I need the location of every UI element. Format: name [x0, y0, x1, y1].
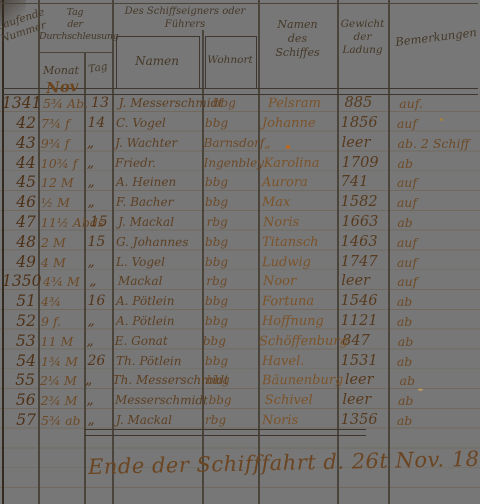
- cell-uhrzeit: 4 M: [36, 254, 84, 271]
- cell-laufende-nummer: 56: [2, 391, 36, 409]
- cell-bemerkung: auf: [389, 174, 480, 191]
- cell-schiffer-name: Th. Pötlein: [114, 352, 201, 369]
- cell-schiffer-name: E. Gonat: [113, 333, 199, 350]
- cell-bemerkung: ab: [390, 155, 480, 172]
- cell-schiffer-name: Mackal: [116, 273, 203, 290]
- cell-bemerkung: auf: [389, 254, 480, 271]
- table-row: 55 2¼ M „ Th. Messerschmidt bbg Bäunenbu…: [2, 370, 480, 390]
- table-row: 43 9¾ f „ J. Wachter Barnsdorf „ leer ab…: [2, 132, 480, 152]
- cell-bemerkung: auf.: [391, 95, 480, 112]
- cell-wohnort: bbg: [201, 254, 258, 271]
- cell-wohnort: bbg: [199, 333, 255, 350]
- table-row: 1341 5¾ Ab. 13 J. Messerschmidt bbg Pels…: [2, 93, 480, 113]
- cell-laufende-nummer: 53: [2, 332, 36, 350]
- cell-tag: „: [85, 412, 114, 429]
- monat-tag-split-line: [38, 52, 112, 53]
- cell-schiffer-name: A. Pötlein: [114, 313, 201, 330]
- table-row: 49 4 M „ L. Vogel bbg Ludwig 1747 auf: [2, 251, 480, 271]
- cell-schiffsname: Bäunenburg: [258, 372, 341, 390]
- cell-wohnort: bbg: [201, 353, 258, 370]
- cell-laufende-nummer: 45: [2, 173, 36, 191]
- cell-gewicht: 885: [341, 95, 392, 112]
- cell-schiffsname: Noor: [259, 273, 337, 290]
- cell-wohnort: bbg: [201, 293, 258, 310]
- cell-bemerkung: ab: [389, 353, 480, 370]
- header-top-line: [2, 3, 478, 4]
- cell-uhrzeit: 2¾ M: [36, 392, 84, 409]
- cell-tag: 16: [85, 293, 114, 310]
- cell-bemerkung: ab: [390, 333, 480, 350]
- cell-bemerkung: ab: [390, 392, 480, 409]
- header-namen: Namen: [118, 54, 196, 69]
- cell-laufende-nummer: 57: [2, 411, 36, 429]
- cell-tag: „: [86, 273, 115, 290]
- cell-laufende-nummer: 1341: [2, 94, 38, 112]
- cell-uhrzeit: 9¾ f: [36, 135, 84, 152]
- cell-gewicht: 741: [337, 174, 389, 191]
- cell-gewicht: 1856: [337, 115, 389, 132]
- cell-tag: 15: [87, 214, 116, 231]
- cell-tag: „: [84, 155, 113, 172]
- cell-schiffer-name: F. Bacher: [114, 194, 201, 211]
- cell-laufende-nummer: 51: [2, 292, 36, 310]
- table-row: 48 2 M 15 G. Johannes bbg Titansch 1463 …: [2, 231, 480, 251]
- cell-wohnort: rbg: [203, 214, 260, 231]
- closing-note: Ende der Schifffahrt d. 26t Nov. 1856.: [88, 447, 468, 479]
- cell-schiffer-name: Friedr.: [113, 154, 199, 171]
- cell-bemerkung: auf: [389, 115, 480, 132]
- cell-laufende-nummer: 1350: [2, 272, 38, 290]
- cell-gewicht: 1582: [337, 194, 389, 211]
- header-wohnort: Wohnort: [204, 54, 256, 67]
- table-row: 1350 4¾ M „ Mackal rbg Noor leer auf: [2, 271, 480, 291]
- cell-uhrzeit: 11 M: [36, 333, 84, 350]
- cell-uhrzeit: 4¾: [36, 293, 84, 310]
- cell-schiffsname: Noris: [259, 214, 337, 232]
- cell-gewicht: 1546: [337, 293, 389, 310]
- cell-laufende-nummer: 46: [2, 193, 36, 211]
- table-row: 47 11½ Abds 15 J. Mackal rbg Noris 1663 …: [2, 211, 480, 231]
- cell-wohnort: Barnsdorf: [200, 135, 260, 152]
- cell-schiffsname: Fortuna: [258, 293, 337, 311]
- header-namen-des-schiffes: Namen des Schiffes: [260, 18, 335, 59]
- cell-laufende-nummer: 43: [2, 134, 36, 152]
- cell-schiffer-name: J. Wachter: [113, 135, 199, 152]
- cell-gewicht: 1709: [338, 155, 390, 172]
- cell-schiffsname: Johanne: [258, 115, 337, 132]
- cell-gewicht: 1121: [337, 313, 389, 330]
- cell-schiffer-name: Th. Messerschmidt: [111, 372, 203, 389]
- cell-schiffsname: Noris: [258, 412, 337, 430]
- cell-schiffsname: Titansch: [258, 234, 337, 251]
- cell-bemerkung: ab: [392, 372, 480, 389]
- cell-gewicht: 1356: [337, 412, 389, 429]
- cell-tag: „: [85, 254, 114, 271]
- cell-schiffsname: Aurora: [258, 174, 337, 192]
- cell-tag: „: [83, 392, 112, 409]
- cell-bemerkung: ab: [389, 412, 480, 429]
- cell-tag: „: [82, 372, 111, 389]
- cell-schiffer-name: G. Johannes: [114, 234, 201, 251]
- cell-laufende-nummer: 42: [2, 114, 36, 132]
- cell-tag: 26: [85, 353, 114, 370]
- cell-uhrzeit: 12 M: [36, 174, 84, 191]
- cell-gewicht: leer: [337, 273, 389, 290]
- cell-laufende-nummer: 49: [2, 253, 36, 271]
- cell-bemerkung: auf: [389, 194, 480, 211]
- cell-uhrzeit: 4¾ M: [38, 273, 86, 290]
- cell-wohnort: bbg: [201, 115, 258, 132]
- cell-uhrzeit: 9 f.: [36, 313, 84, 330]
- cell-gewicht: 1747: [337, 254, 389, 271]
- cell-schiffsname: Schivel: [261, 392, 339, 409]
- table-row: 56 2¾ M „ Messerschmidt bbg Schivel leer…: [2, 389, 480, 409]
- cell-schiffer-name: J. Mackal: [114, 412, 201, 429]
- header-bemerkungen: Bemerkungen: [391, 25, 480, 50]
- cell-bemerkung: ab: [389, 214, 480, 231]
- cell-wohnort: rbg: [202, 273, 259, 290]
- cell-laufende-nummer: 48: [2, 233, 36, 251]
- cell-tag: „: [85, 194, 114, 211]
- cell-bemerkung: ab: [389, 293, 480, 310]
- table-row: 52 9 f. „ A. Pötlein bbg Hoffnung 1121 a…: [2, 310, 480, 330]
- cell-bemerkung: ab. 2 Schiff: [390, 135, 480, 152]
- cell-gewicht: leer: [341, 372, 392, 389]
- cell-uhrzeit: 2 M: [36, 234, 84, 251]
- cell-schiffsname: Hoffnung: [258, 313, 337, 330]
- cell-wohnort: rbg: [201, 412, 258, 429]
- cell-schiffer-name: J. Mackal: [116, 214, 203, 231]
- cell-wohnort: bbg: [203, 372, 258, 389]
- cell-uhrzeit: 7¾ f: [36, 115, 84, 132]
- cell-schiffer-name: L. Vogel: [114, 254, 201, 271]
- closing-double-line: [84, 429, 366, 436]
- header-tag-der-durchschleusung: Tag der Durchschleusung: [39, 7, 111, 43]
- cell-schiffsname: Pelsram: [264, 95, 341, 113]
- header-monat: Monat: [40, 64, 82, 78]
- cell-gewicht: 1531: [337, 353, 389, 370]
- cell-bemerkung: ab: [389, 313, 480, 330]
- table-row: 45 12 M „ A. Heinen bbg Aurora 741 auf: [2, 172, 480, 192]
- table-row: 53 11 M „ E. Gonat bbg Schöffenburg 847 …: [2, 330, 480, 350]
- cell-schiffer-name: C. Vogel: [114, 115, 201, 132]
- cell-uhrzeit: 10¾ f: [36, 155, 84, 172]
- cell-schiffsname: Max: [258, 194, 337, 211]
- cell-tag: 14: [85, 115, 114, 132]
- table-row: 57 5¾ ab „ J. Mackal rbg Noris 1356 ab: [2, 409, 480, 429]
- cell-tag: „: [84, 333, 113, 350]
- table-row: 44 10¾ f „ Friedr. Ingenbley Karolina 17…: [2, 152, 480, 172]
- cell-gewicht: 1663: [337, 214, 389, 231]
- cell-wohnort: bbg: [205, 392, 261, 409]
- cell-uhrzeit: 2¼ M: [35, 372, 82, 389]
- cell-tag: „: [85, 313, 114, 330]
- cell-gewicht: leer: [338, 392, 390, 409]
- cell-gewicht: leer: [338, 135, 390, 152]
- cell-laufende-nummer: 52: [2, 312, 36, 330]
- header-schiffseigner-group: Des Schiffseigners oder Führers: [114, 6, 256, 31]
- cell-tag: 13: [88, 95, 117, 112]
- cell-wohnort: bbg: [201, 234, 258, 251]
- month-label: Nov: [45, 77, 79, 97]
- cell-laufende-nummer: 44: [2, 154, 36, 172]
- cell-schiffer-name: Messerschmidt: [113, 392, 205, 409]
- cell-schiffer-name: A. Pötlein: [114, 293, 201, 310]
- cell-wohnort: Ingenbley: [200, 155, 260, 172]
- cell-schiffsname: Havel.: [258, 353, 337, 370]
- cell-tag: 15: [85, 234, 114, 251]
- cell-schiffsname: Schöffenburg: [255, 333, 338, 351]
- table-row: 54 1¾ M 26 Th. Pötlein bbg Havel. 1531 a…: [2, 350, 480, 370]
- cell-uhrzeit: 5¾ Ab.: [38, 95, 88, 112]
- cell-tag: „: [84, 135, 113, 152]
- header-tag: Tag: [84, 60, 112, 77]
- cell-bemerkung: auf: [389, 273, 480, 290]
- cell-uhrzeit: 1¾ M: [36, 353, 84, 370]
- cell-schiffer-name: A. Heinen: [114, 174, 201, 191]
- cell-wohnort: bbg: [209, 95, 264, 112]
- cell-uhrzeit: 11½ Abds: [36, 214, 87, 231]
- cell-gewicht: 1463: [337, 234, 389, 251]
- cell-bemerkung: auf: [389, 234, 480, 251]
- ledger-page: Laufende Nummer Tag der Durchschleusung …: [0, 0, 480, 504]
- header-gewicht-der-ladung: Gewicht der Ladung: [338, 18, 387, 57]
- cell-wohnort: bbg: [201, 194, 258, 211]
- cell-laufende-nummer: 47: [2, 213, 36, 231]
- cell-schiffsname: „: [260, 135, 338, 153]
- table-row: 46 ½ M „ F. Bacher bbg Max 1582 auf: [2, 191, 480, 211]
- cell-uhrzeit: ½ M: [36, 194, 84, 211]
- table-row: 42 7¾ f 14 C. Vogel bbg Johanne 1856 auf: [2, 112, 480, 132]
- cell-schiffsname: Ludwig: [258, 253, 337, 271]
- cell-laufende-nummer: 54: [2, 352, 36, 370]
- table-row: 51 4¾ 16 A. Pötlein bbg Fortuna 1546 ab: [2, 290, 480, 310]
- cell-wohnort: bbg: [201, 313, 258, 330]
- cell-laufende-nummer: 55: [2, 371, 35, 389]
- table-body: 1341 5¾ Ab. 13 J. Messerschmidt bbg Pels…: [2, 93, 480, 430]
- cell-uhrzeit: 5¾ ab: [36, 412, 84, 429]
- cell-wohnort: bbg: [201, 174, 258, 191]
- cell-tag: „: [85, 174, 114, 191]
- cell-schiffer-name: J. Messerschmidt: [117, 95, 209, 112]
- cell-schiffsname: Karolina: [260, 155, 338, 172]
